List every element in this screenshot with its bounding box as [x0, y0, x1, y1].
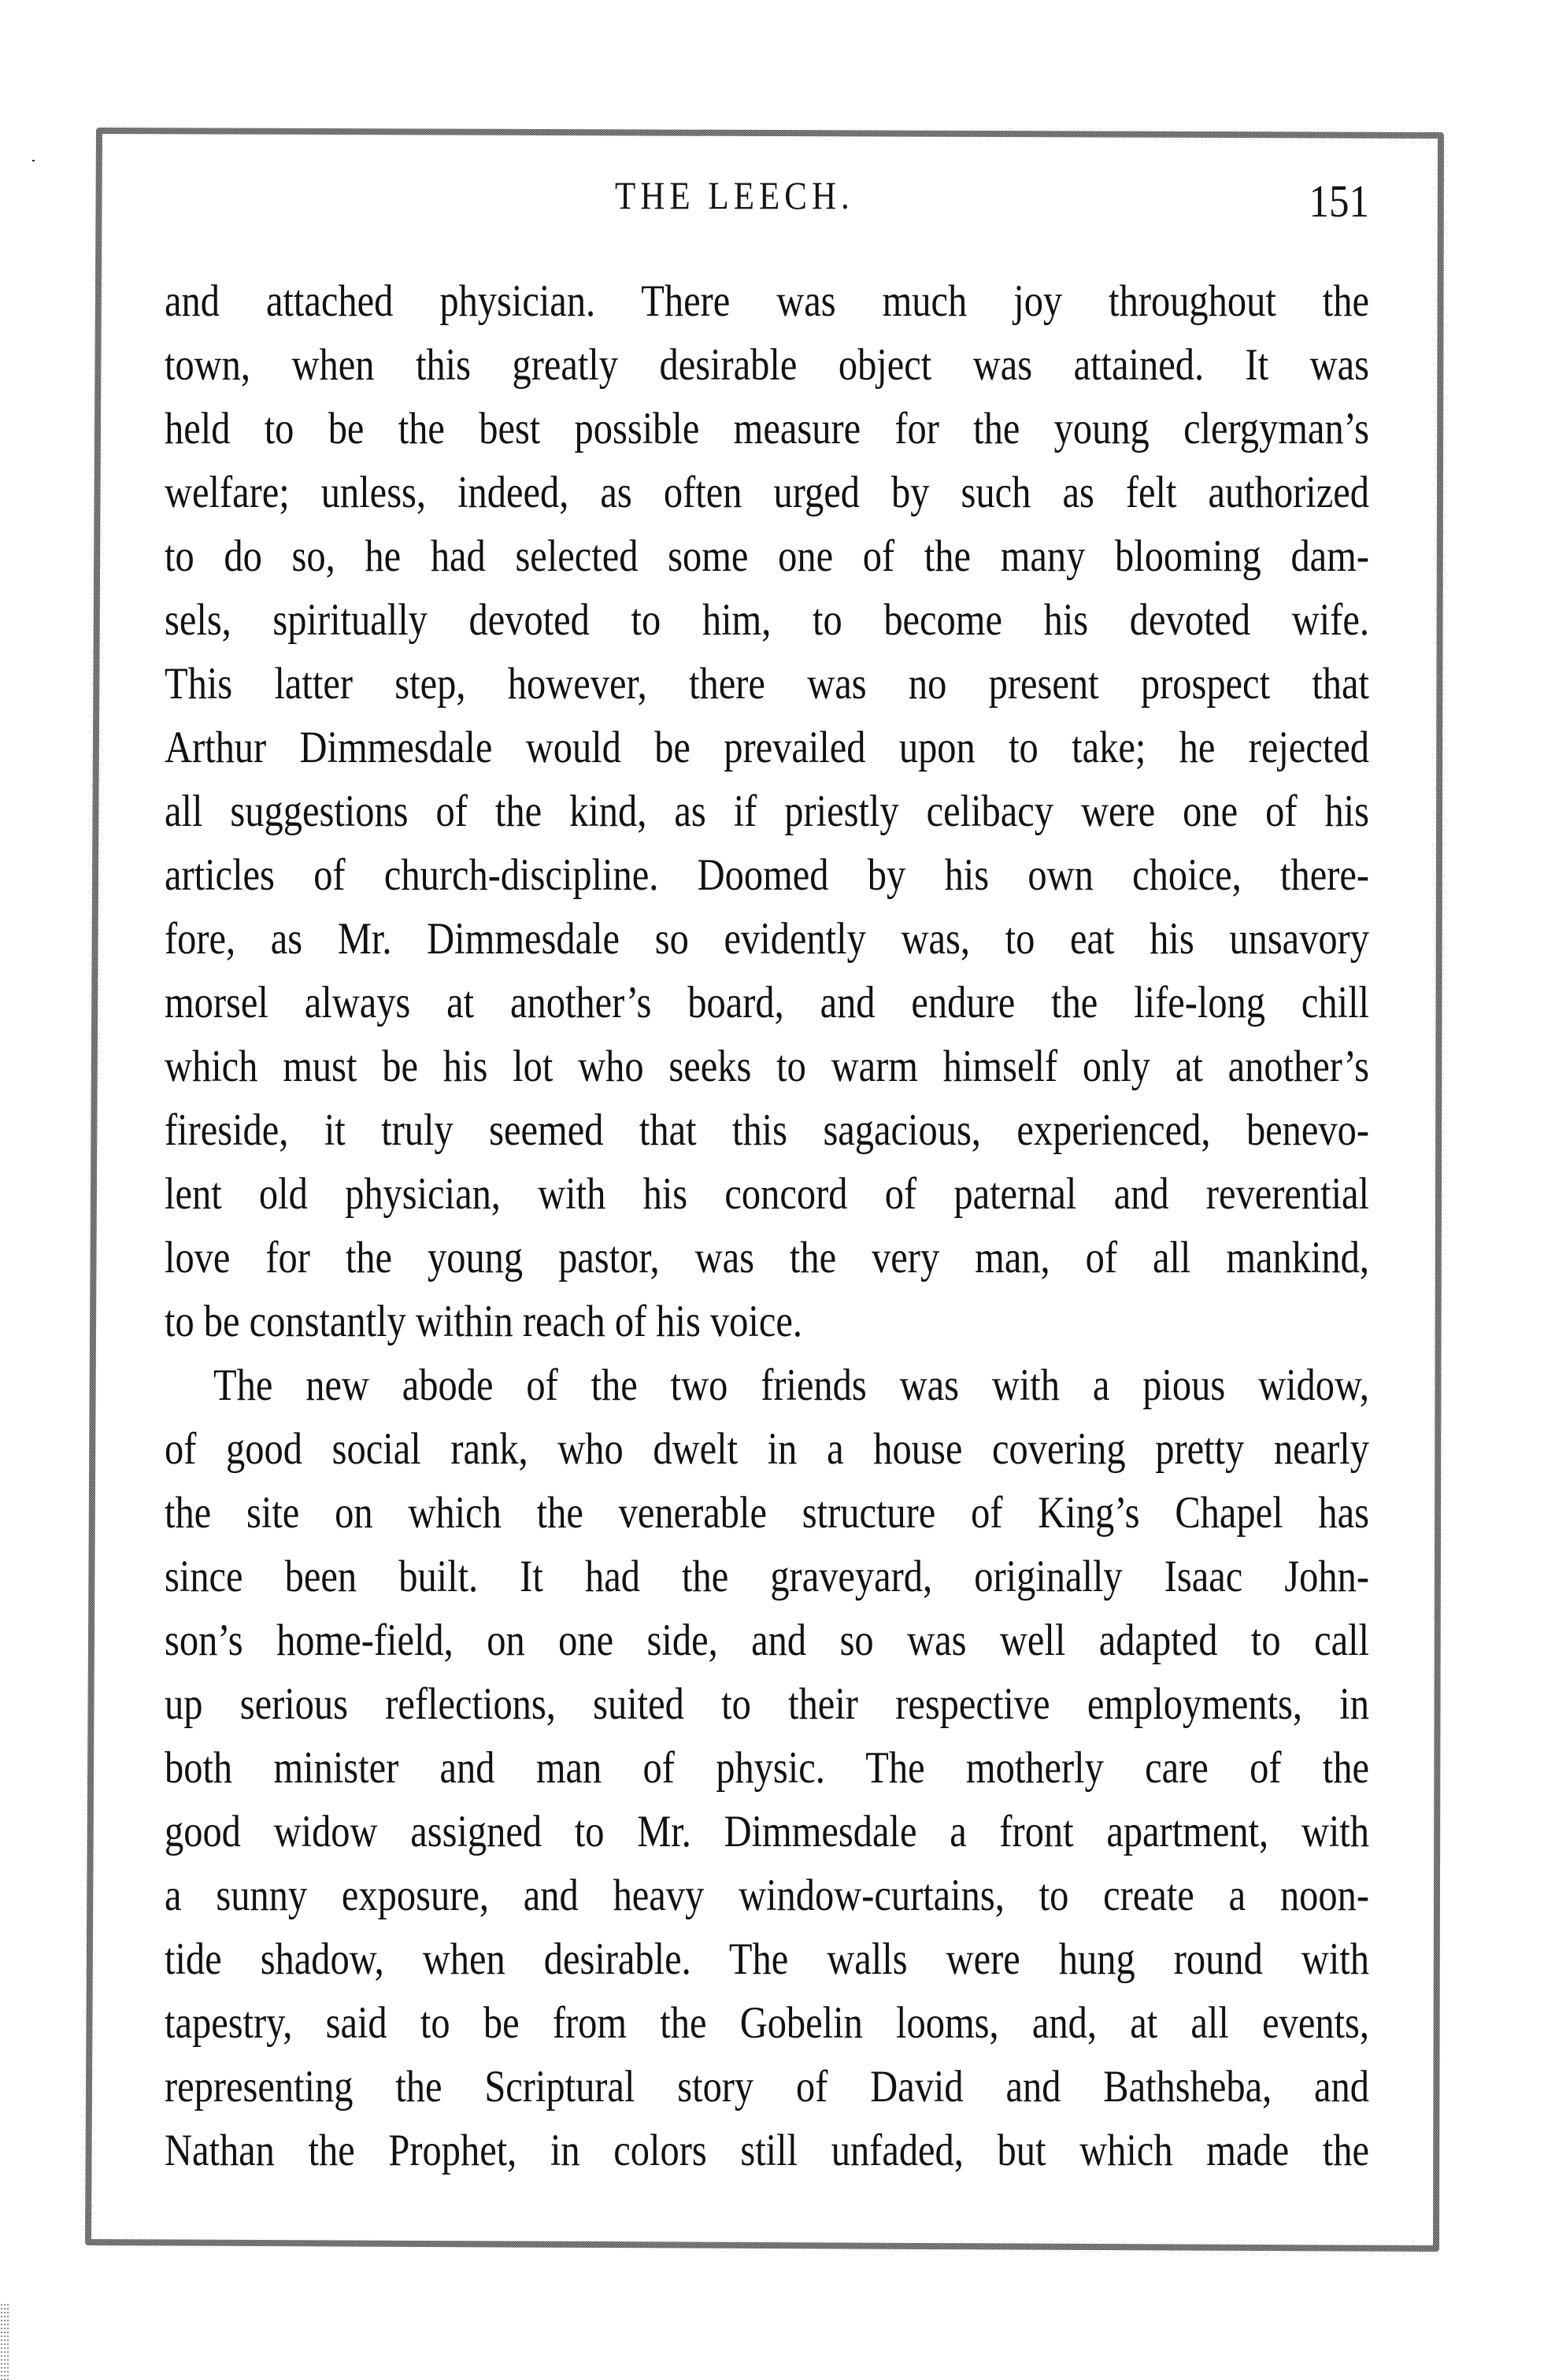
text-line: son’s home-field, on one side, and so wa…	[165, 1618, 1369, 1663]
text-line: the site on which the venerable structur…	[165, 1490, 1369, 1535]
text-line: articles of church-discipline. Doomed by…	[165, 853, 1369, 898]
text-line: which must be his lot who seeks to warm …	[165, 1044, 1369, 1089]
text-line: and attached physician. There was much j…	[165, 279, 1369, 324]
text-line: good widow assigned to Mr. Dimmesdale a …	[165, 1809, 1369, 1854]
text-line: since been built. It had the graveyard, …	[165, 1554, 1369, 1599]
text-line: to do so, he had selected some one of th…	[165, 534, 1369, 579]
text-line: love for the young pastor, was the very …	[165, 1235, 1369, 1280]
running-head-title: THE LEECH.	[615, 176, 854, 215]
text-line: held to be the best possible measure for…	[165, 406, 1369, 451]
text-line: representing the Scriptural story of Dav…	[165, 2064, 1369, 2109]
text-line: lent old physician, with his concord of …	[165, 1171, 1369, 1216]
text-line: both minister and man of physic. The mot…	[165, 1745, 1369, 1790]
text-line: of good social rank, who dwelt in a hous…	[165, 1427, 1369, 1471]
text-line: up serious reflections, suited to their …	[165, 1682, 1369, 1727]
text-line: morsel always at another’s board, and en…	[165, 980, 1369, 1025]
scan-speck	[32, 160, 35, 161]
text-line: town, when this greatly desirable object…	[165, 342, 1369, 387]
text-line: This latter step, however, there was no …	[165, 661, 1369, 706]
text-line: to be constantly within reach of his voi…	[165, 1299, 1369, 1344]
text-line: Nathan the Prophet, in colors still unfa…	[165, 2128, 1369, 2173]
text-line: a sunny exposure, and heavy window-curta…	[165, 1873, 1369, 1918]
text-line: fireside, it truly seemed that this saga…	[165, 1108, 1369, 1153]
text-line: tide shadow, when desirable. The walls w…	[165, 1937, 1369, 1982]
text-line: all suggestions of the kind, as if pries…	[165, 789, 1369, 834]
text-line: tapestry, said to be from the Gobelin lo…	[165, 2001, 1369, 2045]
text-line: Arthur Dimmesdale would be prevailed upo…	[165, 725, 1369, 770]
text-line: fore, as Mr. Dimmesdale so evidently was…	[165, 916, 1369, 961]
page-number: 151	[1309, 179, 1369, 224]
text-line: welfare; unless, indeed, as often urged …	[165, 470, 1369, 515]
scan-noise	[0, 2303, 9, 2380]
text-line-indented: The new abode of the two friends was wit…	[213, 1363, 1369, 1408]
text-line: sels, spiritually devoted to him, to bec…	[165, 598, 1369, 642]
